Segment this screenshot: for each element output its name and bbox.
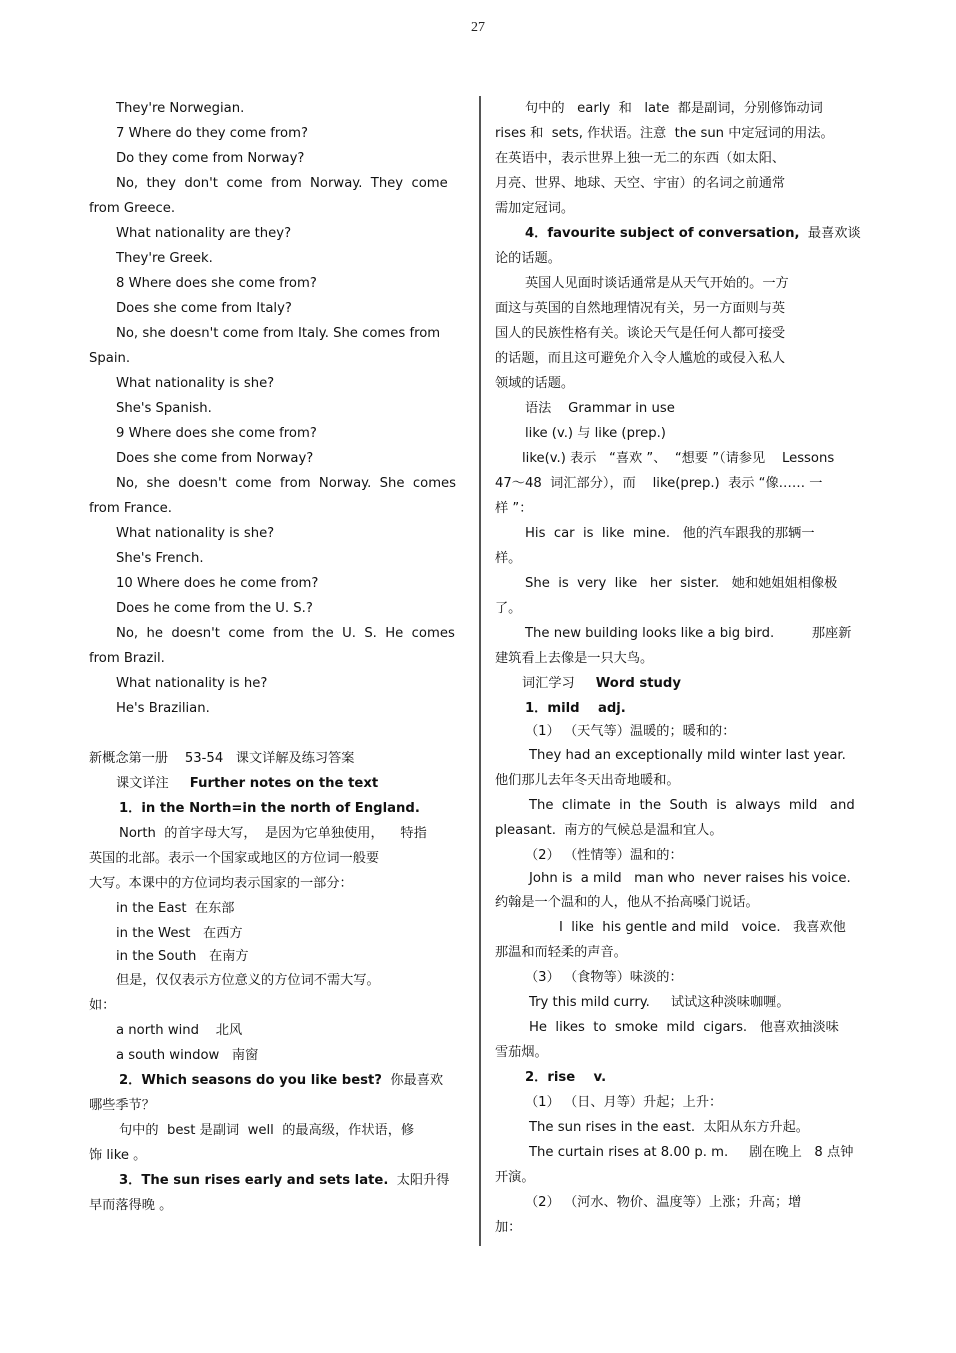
dialogue-line: Do they come from Norway? xyxy=(89,146,459,171)
note-1-body: 但是，仅仅表示方位意义的方位词不需大写。 xyxy=(89,968,459,993)
notes-heading-en: Further notes on the text xyxy=(190,776,378,791)
sense-example-cont: 他们那儿去年冬天出奇地暖和。 xyxy=(495,768,868,793)
sense-label: （1） （日、月等）升起；上升： xyxy=(495,1090,868,1115)
note-3-body: rises 和 sets, 作状语。注意 the sun 中定冠词的用法。 xyxy=(495,121,868,146)
dialogue-line: 8 Where does she come from? xyxy=(89,271,459,296)
dialogue-line: 7 Where do they come from? xyxy=(89,121,459,146)
grammar-example: The new building looks like a big bird. … xyxy=(495,621,868,646)
note-4-body: 英国人见面时谈话通常是从天气开始的。一方 xyxy=(495,271,868,296)
sense-example-cont: 雪茄烟。 xyxy=(495,1040,868,1065)
sense-example: He likes to smoke mild cigars. 他喜欢抽淡味 xyxy=(495,1015,868,1040)
dialogue-line: No, they don't come from Norway. They co… xyxy=(89,171,459,196)
note-3-title-line: 3．The sun rises early and sets late. 太阳升… xyxy=(89,1168,459,1193)
sense-example: I like his gentle and mild voice. 我喜欢他 xyxy=(495,915,868,940)
dialogue-line: He's Brazilian. xyxy=(89,696,459,721)
note-2-title-line: 2．Which seasons do you like best? 你最喜欢 xyxy=(89,1068,459,1093)
grammar-body: like(v.) 表示 “喜欢 ”、 “想要 ”（请参见 Lessons xyxy=(495,446,868,471)
note-3-body: 句中的 early 和 late 都是副词，分别修饰动词 xyxy=(495,96,868,121)
dialogue-line: What nationality is she? xyxy=(89,371,459,396)
grammar-heading: 语法 Grammar in use xyxy=(495,396,868,421)
dialogue-line: Does she come from Norway? xyxy=(89,446,459,471)
sense-label-cont: 加： xyxy=(495,1215,868,1240)
note-1-example: in the West 在西方 xyxy=(89,921,459,946)
page-number: 27 xyxy=(0,20,956,36)
note-1-example: in the South 在南方 xyxy=(89,946,459,968)
notes-heading-cn: 课文详注 xyxy=(116,776,169,791)
word-study-heading-en: Word study xyxy=(596,676,681,691)
column-divider xyxy=(479,96,481,1246)
word-study-heading: 词汇学习 Word study xyxy=(495,671,868,696)
word-study-heading-cn: 词汇学习 xyxy=(522,676,575,691)
sense-example-cont: 那温和而轻柔的声音。 xyxy=(495,940,868,965)
dialogue-line: Does he come from the U. S.? xyxy=(89,596,459,621)
note-3-body: 在英语中，表示世界上独一无二的东西（如太阳、 xyxy=(495,146,868,171)
note-1-body: 英国的北部。表示一个国家或地区的方位词一般要 xyxy=(89,846,459,871)
note-4-body: 的话题，而且这可避免介入令人尴尬的或侵入私人 xyxy=(495,346,868,371)
dialogue-line: They're Greek. xyxy=(89,246,459,271)
note-3-title-cn: 太阳升得 xyxy=(397,1173,450,1188)
note-1-example: a north wind 北风 xyxy=(89,1018,459,1043)
grammar-example: She is very like her sister. 她和她姐姐相像极 xyxy=(495,571,868,596)
dialogue-line: 10 Where does he come from? xyxy=(89,571,459,596)
dialogue-line: 9 Where does she come from? xyxy=(89,421,459,446)
sense-example-cont: 开演。 xyxy=(495,1165,868,1190)
note-2-body: 句中的 best 是副词 well 的最高级，作状语，修 xyxy=(89,1118,459,1143)
right-column: 句中的 early 和 late 都是副词，分别修饰动词 rises 和 set… xyxy=(495,96,868,1240)
grammar-body: 样 ”： xyxy=(495,496,868,521)
sense-example: They had an exceptionally mild winter la… xyxy=(495,743,868,768)
dialogue-line: She's French. xyxy=(89,546,459,571)
note-2-title-cont: 哪些季节？ xyxy=(89,1093,459,1118)
dialogue-line: No, he doesn't come from the U. S. He co… xyxy=(89,621,459,646)
grammar-example-cont: 建筑看上去像是一只大鸟。 xyxy=(495,646,868,671)
sense-example: The curtain rises at 8.00 p. m. 剧在晚上 8 点… xyxy=(495,1140,868,1165)
dialogue-line: They're Norwegian. xyxy=(89,96,459,121)
entry-title-mild: 1．mild adj. xyxy=(495,696,868,721)
note-1-example: a south window 南窗 xyxy=(89,1043,459,1068)
note-4-title-line: 4．favourite subject of conversation, 最喜欢… xyxy=(495,221,868,246)
dialogue-line: from France. xyxy=(89,496,459,521)
sense-example: Try this mild curry. 试试这种淡味咖喱。 xyxy=(495,990,868,1015)
sense-label: （1） （天气等）温暖的；暖和的： xyxy=(495,721,868,743)
left-column: They're Norwegian. 7 Where do they come … xyxy=(89,96,459,1218)
note-1-example: in the East 在东部 xyxy=(89,896,459,921)
sense-label: （2） （性情等）温和的： xyxy=(495,843,868,868)
notes-heading: 课文详注 Further notes on the text xyxy=(89,771,459,796)
note-4-body: 领域的话题。 xyxy=(495,371,868,396)
dialogue-line: No, she doesn't come from Norway. She co… xyxy=(89,471,459,496)
grammar-example: His car is like mine. 他的汽车跟我的那辆一 xyxy=(495,521,868,546)
dialogue-line: What nationality is he? xyxy=(89,671,459,696)
grammar-example-cont: 了。 xyxy=(495,596,868,621)
dialogue-line: No, she doesn't come from Italy. She com… xyxy=(89,321,459,346)
sense-example-cont: 约翰是一个温和的人，他从不抬高嗓门说话。 xyxy=(495,890,868,915)
note-3-body: 需加定冠词。 xyxy=(495,196,868,221)
note-3-title: 3．The sun rises early and sets late. xyxy=(119,1173,388,1188)
note-2-title: 2．Which seasons do you like best? xyxy=(119,1073,382,1088)
grammar-subheading: like (v.) 与 like (prep.) xyxy=(495,421,868,446)
dialogue-line: from Brazil. xyxy=(89,646,459,671)
grammar-body: 47～48 词汇部分），而 like(prep.) 表示 “像…… 一 xyxy=(495,471,868,496)
note-1-body: North 的首字母大写， 是因为它单独使用， 特指 xyxy=(89,821,459,846)
note-2-body: 饰 like 。 xyxy=(89,1143,459,1168)
sense-label: （2） （河水、物价、温度等）上涨；升高；增 xyxy=(495,1190,868,1215)
note-1-body: 如： xyxy=(89,993,459,1018)
sense-label: （3） （食物等）味淡的： xyxy=(495,965,868,990)
note-1-body: 大写。本课中的方位词均表示国家的一部分： xyxy=(89,871,459,896)
sense-example: John is a mild man who never raises his … xyxy=(495,868,868,890)
note-4-body: 面这与英国的自然地理情况有关，另一方面则与英 xyxy=(495,296,868,321)
sense-example: The sun rises in the east. 太阳从东方升起。 xyxy=(495,1115,868,1140)
entry-title-rise: 2．rise v. xyxy=(495,1065,868,1090)
note-3-body: 月亮、世界、地球、天空、宇宙）的名词之前通常 xyxy=(495,171,868,196)
note-4-title-cont: 论的话题。 xyxy=(495,246,868,271)
dialogue-line: from Greece. xyxy=(89,196,459,221)
dialogue-line: What nationality are they? xyxy=(89,221,459,246)
note-1-title: 1．in the North=in the north of England. xyxy=(89,796,459,821)
grammar-example-cont: 样。 xyxy=(495,546,868,571)
sense-example-cont: pleasant. 南方的气候总是温和宜人。 xyxy=(495,818,868,843)
dialogue-line: Spain. xyxy=(89,346,459,371)
section-title: 新概念第一册 53-54 课文详解及练习答案 xyxy=(89,746,459,771)
dialogue-line: She's Spanish. xyxy=(89,396,459,421)
note-4-body: 国人的民族性格有关。谈论天气是任何人都可接受 xyxy=(495,321,868,346)
note-4-title: 4．favourite subject of conversation, xyxy=(525,226,800,241)
dialogue-line: Does she come from Italy? xyxy=(89,296,459,321)
dialogue-line: What nationality is she? xyxy=(89,521,459,546)
sense-example: The climate in the South is always mild … xyxy=(495,793,868,818)
note-2-title-cn: 你最喜欢 xyxy=(390,1073,443,1088)
note-4-title-cn: 最喜欢谈 xyxy=(808,226,861,241)
note-3-title-cont: 早而落得晚 。 xyxy=(89,1193,459,1218)
